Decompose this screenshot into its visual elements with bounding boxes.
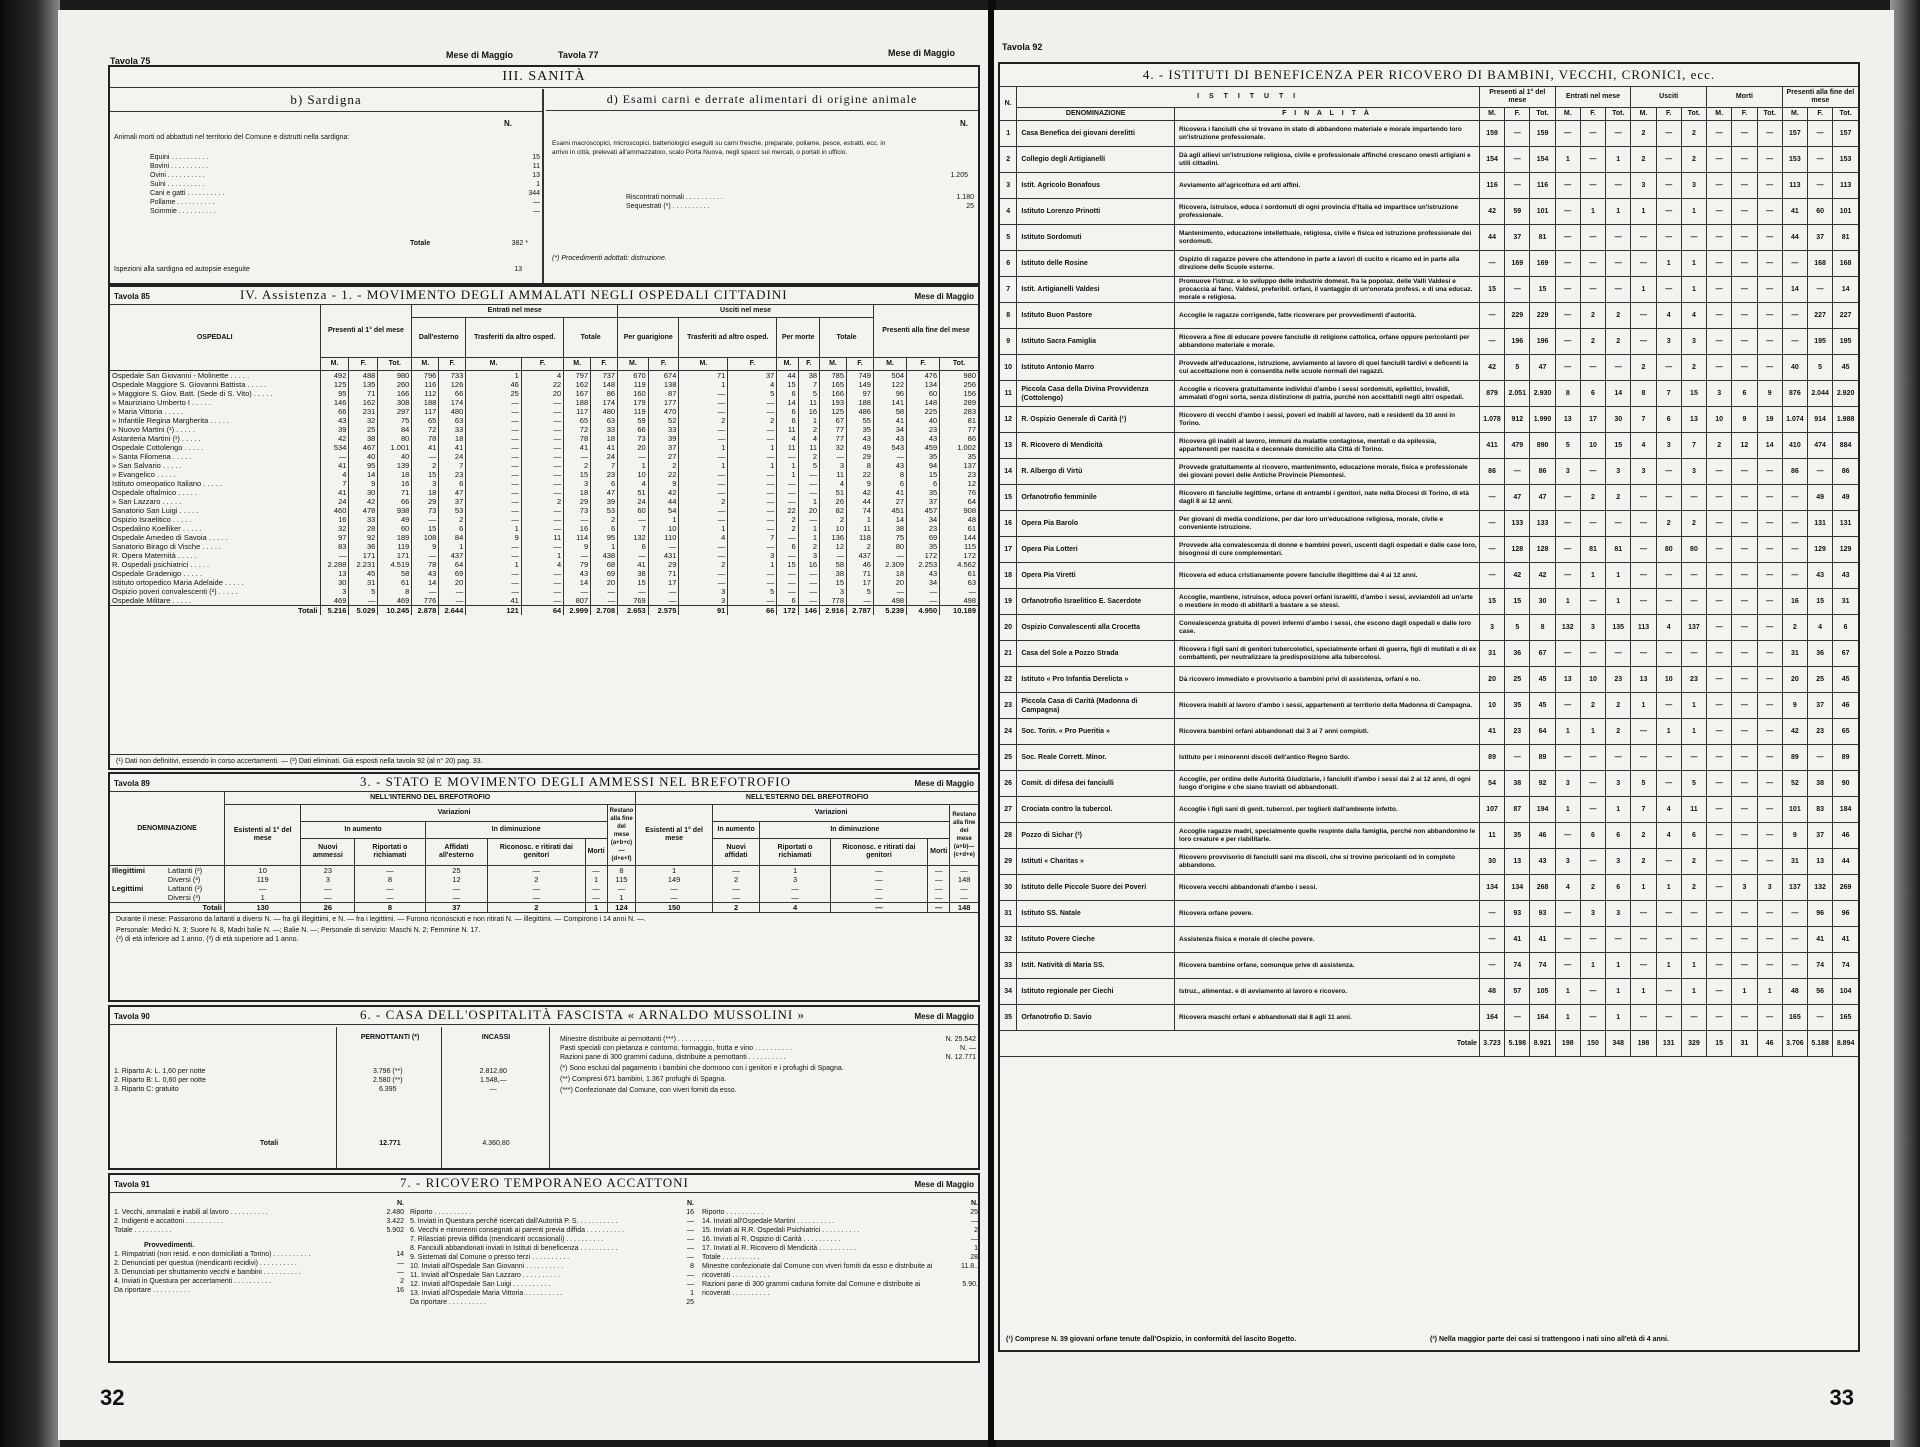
book-spread: Tavola 75 Mese di Maggio Tavola 77 Mese … [0,0,1920,1447]
cell: — [798,569,819,578]
cell: — [798,515,819,524]
cell: 1 [466,524,522,533]
row-value: 5.90. [948,1280,978,1298]
cell: 451 [873,506,906,515]
cell: — [820,551,847,560]
cell: — [1681,901,1706,927]
brefotrofio-table: DENOMINAZIONE NELL'INTERNO DEL BREFOTROF… [110,792,978,912]
row-value: 5.902 [374,1226,404,1235]
cell: 4 [1656,823,1681,849]
col-variazioni: Variazioni [301,805,607,822]
cell: 4 [521,560,563,569]
cell: 157 [1833,121,1858,147]
cell: 49 [1833,485,1858,511]
table-row: 4Istituto Lorenzo PrinottiRicovera, istr… [1000,199,1858,225]
cell: 411 [1479,433,1504,459]
cell: — [679,569,728,578]
cell: 134 [1479,875,1504,901]
cell: 2.288 [320,560,349,569]
col-sub: F. [591,358,618,371]
ospedali-footnote: (¹) Dati non definitivi, essendo in cors… [110,754,978,768]
cell: 59 [618,416,649,425]
cell: 60 [907,389,940,398]
cell: 3 [1606,771,1631,797]
row-number: 15 [1000,485,1017,511]
row-pernottanti: 3.796 (**) [335,1067,441,1076]
cell: — [1555,199,1580,225]
cell: 25 [1808,667,1833,693]
cell: 2 [1580,875,1605,901]
cell: — [439,596,466,606]
cell: — [564,587,591,596]
cell: — [466,461,522,470]
hospital-name: Sanatorio San Luigi . . . . . [110,506,320,515]
cell: 18 [412,488,439,497]
cell: — [521,506,563,515]
col-esistenti: Esistenti al 1° del mese [224,805,301,866]
accattoni-row: 11. Inviati all'Ospedale San Lazzaro . .… [410,1271,694,1280]
cell: 15 [564,470,591,479]
col-sub: F. [1732,108,1757,121]
cell: 86 [940,434,978,443]
cell: 1 [728,461,777,470]
cell: 47 [439,488,466,497]
cell: 498 [873,596,906,606]
cell: — [1732,823,1757,849]
cell: 1 [777,461,798,470]
cell: — [521,479,563,488]
row-number: 33 [1000,953,1017,979]
row-number: 5 [1000,225,1017,251]
cell: 42 [320,434,349,443]
col-pernottanti: PERNOTTANTI (*) [340,1033,440,1042]
cell: 2 [777,524,798,533]
row-label: Da riportare . . . . . . . . . . [114,1286,190,1295]
esami-title: d) Esami carni e derrate alimentari di o… [546,89,978,111]
cell: 467 [349,443,378,452]
cell: 68 [591,560,618,569]
cell: — [679,578,728,587]
cell: — [1757,459,1782,485]
col-finalita: F I N A L I T À [1175,108,1480,121]
col-presenti-fine: Presenti alla fine del mese [873,305,978,358]
cell: 131 [1833,511,1858,537]
table-title: 4. - ISTITUTI DI BENEFICENZA PER RICOVER… [1000,64,1858,87]
cell: 71 [378,488,412,497]
row-number: 27 [1000,797,1017,823]
cell: 12 [1732,433,1757,459]
cell: 1 [1631,199,1656,225]
cell: — [777,452,798,461]
cell: 534 [320,443,349,452]
cell: 128 [1505,537,1530,563]
cell: 13 [1808,849,1833,875]
istituti-section: 4. - ISTITUTI DI BENEFICENZA PER RICOVER… [998,62,1860,1352]
cell: 137 [1681,615,1706,641]
table-row: Ospedale Maggiore S. Giovanni Battista .… [110,380,978,389]
col-ospedali: OSPEDALI [110,305,320,371]
cell: — [1732,589,1757,615]
cell: 44 [1479,225,1504,251]
cell: 41 [1530,927,1555,953]
row-value: 16 [664,1208,694,1217]
cell: 225 [907,407,940,416]
cell: 27 [873,497,906,506]
cell: — [1580,589,1605,615]
cell: 41 [439,443,466,452]
col-in-aumento: In aumento [301,821,425,838]
cell: — [1606,511,1631,537]
ospedali-section: Tavola 85 IV. Assistenza - 1. - MOVIMENT… [108,285,980,770]
col-dall-esterno: Dall'esterno [412,318,466,358]
cell: — [1707,459,1732,485]
cell: 2 [488,875,585,884]
cell: — [618,551,649,560]
row-label: 5. Inviati in Questura perché ricercati … [410,1217,617,1226]
cell: 15 [907,470,940,479]
table-row: Ospedale Militare . . . . .469—469776—41… [110,596,978,606]
cell: 36 [349,542,378,551]
row-label: Diversi (³) [166,875,225,884]
cell: 15 [1505,589,1530,615]
cell: — [618,515,649,524]
row-number: 31 [1000,901,1017,927]
cell: 2.787 [847,606,874,616]
ospitalita-stat-row: Pasti speciali con pietanza e contorno, … [560,1044,976,1053]
cell: — [1732,121,1757,147]
col-sub: F. [847,358,874,371]
cell: — [1631,1005,1656,1031]
totals-label: Totali [110,606,320,616]
cell: 69 [591,569,618,578]
cell: 188 [412,398,439,407]
row-number: 9 [1000,329,1017,355]
cell: — [1732,693,1757,719]
cell: — [1757,1005,1782,1031]
cell: 95 [591,533,618,542]
col-sub: F. [1580,108,1605,121]
cell: 2.920 [1833,381,1858,407]
col-sub: F. [648,358,679,371]
cell: 113 [1631,615,1656,641]
cell: — [1707,563,1732,589]
cell: 46 [1757,1031,1782,1057]
accattoni-riporto: Riporto . . . . . . . . . .25 [702,1208,978,1217]
sardigna-row: Ovini . . . . . . . . . .13 [150,171,540,180]
hospital-name: » Maria Vittoria . . . . . [110,407,320,416]
cell: 2 [847,542,874,551]
cell: 64 [940,497,978,506]
institute-name: Collegio degli Artigianelli [1017,147,1175,173]
cell: 179 [618,398,649,407]
cell: — [1757,303,1782,329]
cell: 46 [1833,823,1858,849]
col-group: Morti [1707,87,1783,108]
cell: 2 [712,875,759,884]
cell: 3 [798,551,819,560]
cell: — [1732,277,1757,303]
institute-name: Istituto Buon Pastore [1017,303,1175,329]
institute-name: Casa del Sole a Pozzo Strada [1017,641,1175,667]
cell: 2 [1606,719,1631,745]
cell: — [1479,953,1504,979]
cell: 1.001 [378,443,412,452]
cell: 41 [1808,927,1833,953]
cell: — [1707,771,1732,797]
cell: 20 [618,443,649,452]
cell: 1 [1606,1005,1631,1031]
cell: 41 [1505,927,1530,953]
sardigna-row: Equini . . . . . . . . . .15 [150,153,540,162]
cell: 6 [1732,381,1757,407]
cell: — [728,515,777,524]
cell: 131 [1808,511,1833,537]
row-label: 4. Inviati in Questura per accertamenti … [114,1277,271,1286]
cell: 5 [1808,355,1833,381]
cell: 160 [618,389,649,398]
cell: 4.950 [907,606,940,616]
cell: 3 [820,587,847,596]
cell: 42 [1530,563,1555,589]
cell: 15 [1479,277,1504,303]
cell: — [1631,225,1656,251]
esami-description: Esami macroscopici, microscopici, batter… [552,139,892,157]
cell: — [1707,225,1732,251]
table-row: IllegittimiLattanti (²)1023—25——81—1——— [110,866,978,876]
cell: 58 [820,560,847,569]
cell: 6 [907,479,940,488]
cell: 15 [1808,589,1833,615]
cell: 5 [847,587,874,596]
institute-purpose: Istruz., alimentaz. e di avviamento al l… [1175,979,1480,1005]
cell: 19 [1757,407,1782,433]
row-number: 12 [1000,407,1017,433]
cell: — [830,903,927,913]
cell: — [907,596,940,606]
hospital-name: Istituto ortopedico Maria Adelaide . . .… [110,578,320,587]
cell: 84 [439,533,466,542]
cell: 2 [798,542,819,551]
table-row: 3Istit. Agricolo BonafousAvviamento all'… [1000,173,1858,199]
cell: 47 [591,488,618,497]
cell: 3 [412,479,439,488]
cell: 63 [940,578,978,587]
row-value: — [948,1217,978,1226]
hospital-name: Ospedale Amedeo di Savoia . . . . . [110,533,320,542]
cell: 1 [679,380,728,389]
institute-name: Pozzo di Sichar (²) [1017,823,1175,849]
cell: — [1707,953,1732,979]
cell: — [521,425,563,434]
cell: — [847,596,874,606]
cell: 71 [847,569,874,578]
cell: 72 [412,425,439,434]
cell: 1 [1681,277,1706,303]
cell: 778 [820,596,847,606]
cell: 543 [873,443,906,452]
cell: 136 [820,533,847,542]
cell: — [712,893,759,903]
cell: 11 [1681,797,1706,823]
cell: — [1732,537,1757,563]
institute-purpose: Provvede all'educazione, istruzione, avv… [1175,355,1480,381]
cell: 177 [648,398,679,407]
cell: — [1732,719,1757,745]
institute-purpose: Accoglie i figli sani di genit. tubercol… [1175,797,1480,823]
hospital-name: Ospedale Cottolengo . . . . . [110,443,320,452]
cell: — [1631,329,1656,355]
cell: — [777,569,798,578]
cell: — [1757,251,1782,277]
cell: 11 [847,524,874,533]
cell: 13 [1631,667,1656,693]
cell: — [1681,563,1706,589]
cell: 73 [564,506,591,515]
cell: — [1656,121,1681,147]
col-sub: M. [564,358,591,371]
pernottanti-panel: PERNOTTANTI (*) INCASSI 1. Riparto A: L.… [110,1027,550,1168]
cell: 37 [1808,823,1833,849]
cell: — [466,506,522,515]
table-row: R. Ospedali psichiatrici . . . . .2.2882… [110,560,978,569]
institute-purpose: Accoglie e ricovera gratuitamente indivi… [1175,381,1480,407]
cell: 478 [349,506,378,515]
cell: — [488,866,585,876]
cell: — [466,416,522,425]
cell: 229 [1505,303,1530,329]
row-label: 14. Inviati all'Ospedale Martini . . . .… [702,1217,834,1226]
cell: 2.575 [648,606,679,616]
cell: — [1479,537,1504,563]
cell: — [679,452,728,461]
cell: 101 [1782,797,1807,823]
cell: 17 [847,578,874,587]
cell: 8.921 [1530,1031,1555,1057]
cell: — [1707,1005,1732,1031]
cell: — [679,470,728,479]
cell: — [712,866,759,876]
institute-name: Orfanotrofio femminile [1017,485,1175,511]
cell: 3 [1656,329,1681,355]
cell: — [607,884,636,893]
cell: 122 [873,380,906,389]
cell: 92 [349,533,378,542]
provvedimenti-label: Provvedimenti. [114,1241,404,1250]
hospital-name: » Santa Filomena . . . . . [110,452,320,461]
table-row: 29Istituti « Charitas »Ricovero provviso… [1000,849,1858,875]
cell: 4 [1681,303,1706,329]
cell: 52 [648,416,679,425]
cell: — [585,893,607,903]
cell: 112 [412,389,439,398]
cell: — [521,443,563,452]
month-label: Mese di Maggio [888,48,955,58]
cell: — [1757,641,1782,667]
cell: 1 [728,560,777,569]
accattoni-row: 1. Rimpatriati (non resid. e non domicil… [114,1250,404,1259]
page-number: 32 [100,1385,124,1411]
table-header-bar: Tavola 89 3. - STATO E MOVIMENTO DEGLI A… [110,774,978,792]
row-value: 2 [948,1226,978,1235]
totals-row: Totale3.7235.1988.9211981503481981313291… [1000,1031,1858,1057]
cell: 79 [564,560,591,569]
cell: — [1656,927,1681,953]
cell: 410 [1782,433,1807,459]
cell: — [521,452,563,461]
col-sub: M. [1555,108,1580,121]
cell: 81 [1833,225,1858,251]
institute-purpose: Istituto per i minorenni discoli dell'an… [1175,745,1480,771]
row-value: — [664,1280,694,1289]
cell: 9 [1782,693,1807,719]
cell: 67 [820,416,847,425]
cell: — [728,434,777,443]
cell: 55 [847,416,874,425]
cell: 26 [820,497,847,506]
cell: — [1656,849,1681,875]
institute-name: Orfanotrofio D. Savio [1017,1005,1175,1031]
cell: 1 [847,515,874,524]
cell: 43 [564,569,591,578]
table-row: 24Soc. Torin. « Pro Pueritia »Ricovera b… [1000,719,1858,745]
cell: 4 [728,380,777,389]
cell: 193 [820,398,847,407]
cell: 22 [847,470,874,479]
cell: — [1631,927,1656,953]
col-sub: M. [320,358,349,371]
institute-purpose: Promuove l'istruz. e lo sviluppo delle i… [1175,277,1480,303]
cell: — [728,470,777,479]
cell: — [1606,225,1631,251]
cell: 20 [1782,667,1807,693]
cell: 1 [1606,953,1631,979]
cell: 2 [1580,329,1605,355]
cell: — [928,875,950,884]
cell: 41 [1782,199,1807,225]
table-row: » Infantile Regina Margherita . . . . .4… [110,416,978,425]
cell: 10.189 [940,606,978,616]
cell: 33 [648,425,679,434]
cell: — [1732,953,1757,979]
cell: — [1732,459,1757,485]
col-sub: Tot. [1681,108,1706,121]
cell: 15 [820,578,847,587]
cell: 162 [564,380,591,389]
cell: 81 [1606,537,1631,563]
cell: 65 [412,416,439,425]
cell: — [1656,1005,1681,1031]
cell: — [950,893,978,903]
cell: — [1707,537,1732,563]
table-row: Sanatorio Birago di Vische . . . . .8336… [110,542,978,551]
cell: 96 [873,389,906,398]
cell: 113 [1782,173,1807,199]
cell: 171 [349,551,378,560]
cell: — [1707,641,1732,667]
cell: — [585,866,607,876]
row-number: 25 [1000,745,1017,771]
cell: 195 [1808,329,1833,355]
cell: — [1707,173,1732,199]
cell: 30 [320,578,349,587]
cell: — [679,389,728,398]
cell: — [1656,771,1681,797]
cell: 3 [1631,459,1656,485]
cell: 46 [1530,823,1555,849]
cell: 3 [320,587,349,596]
cell: 431 [648,551,679,560]
cell: 2 [777,515,798,524]
